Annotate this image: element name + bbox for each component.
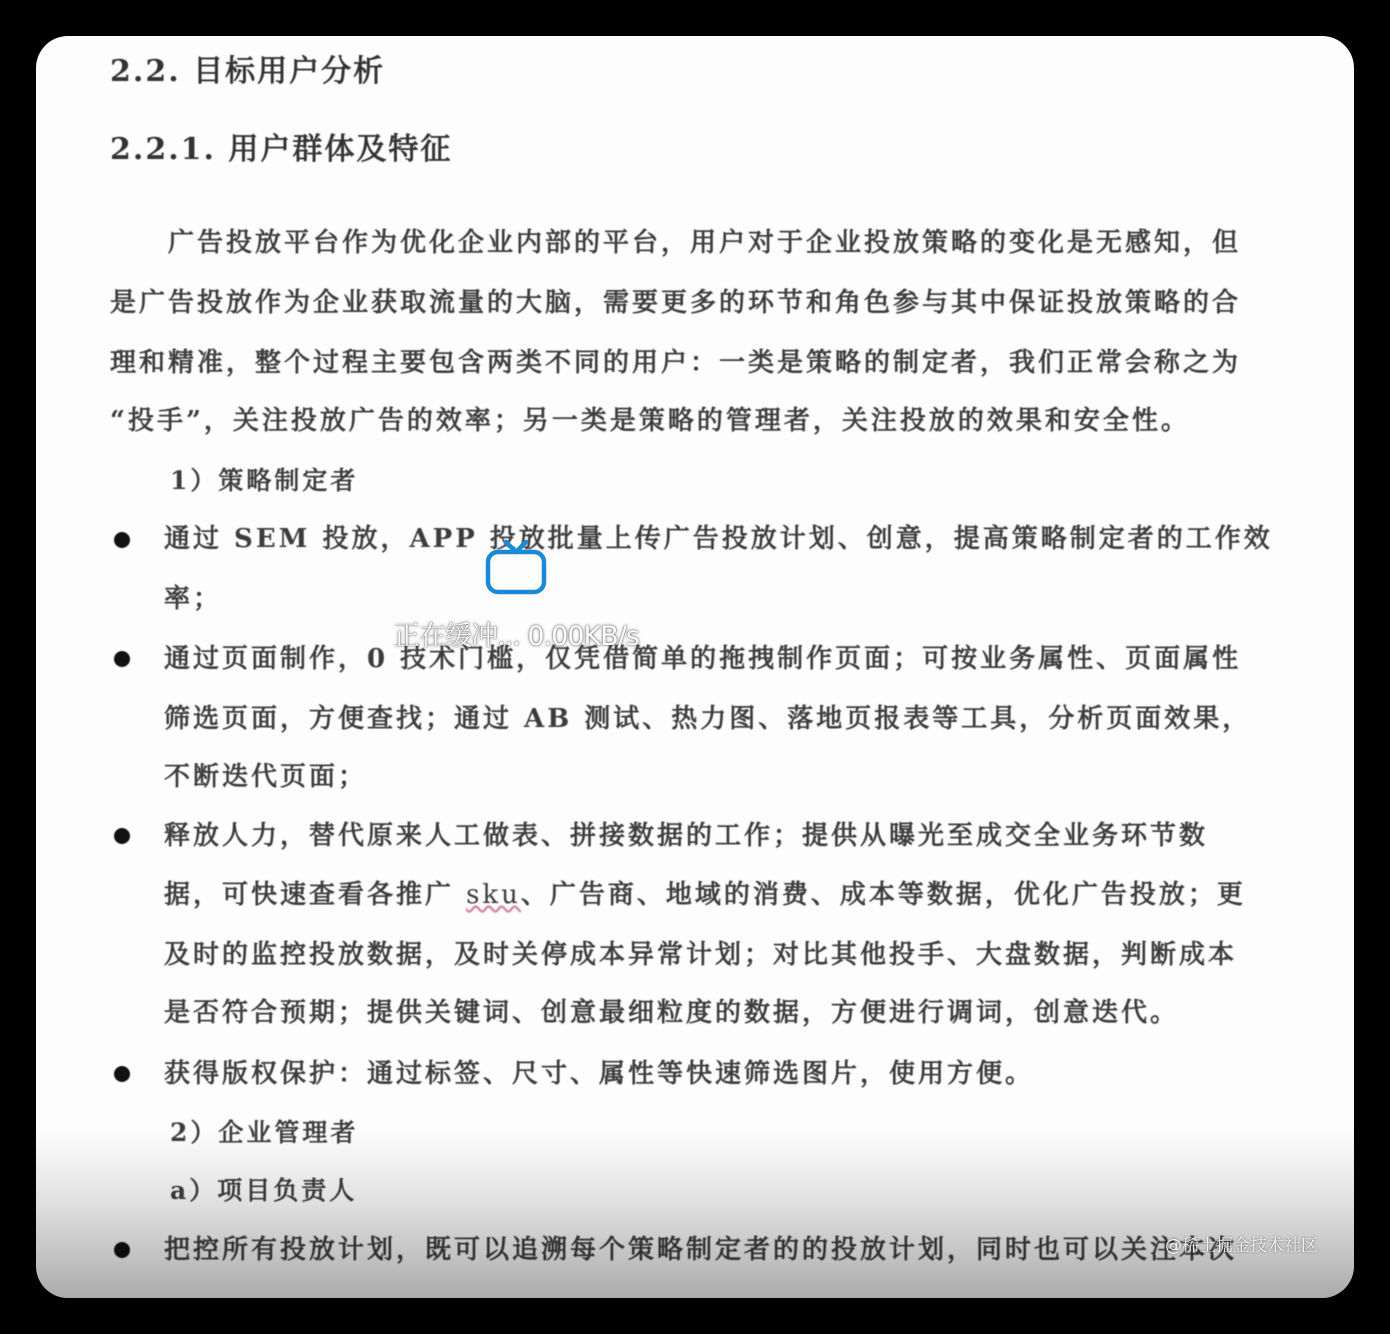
bullet-3-line-3: 及时的监控投放数据，及时关停成本异常计划；对比其他投手、大盘数据，判断成本 bbox=[164, 938, 1237, 972]
bullet-3-line-2: 据，可快速查看各推广 sku、广告商、地域的消费、成本等数据，优化广告投放；更 bbox=[164, 878, 1246, 912]
bullet-3-line-2-a: 据，可快速查看各推广 bbox=[164, 880, 466, 910]
bullet-4-line-1: 获得版权保护：通过标签、尺寸、属性等快速筛选图片，使用方便。 bbox=[164, 1057, 1034, 1091]
intro-line-1: 广告投放平台作为优化企业内部的平台，用户对于企业投放策略的变化是无感知，但 bbox=[110, 226, 1241, 260]
intro-line-4: “投手”，关注投放广告的效率；另一类是策略的管理者，关注投放的效果和安全性。 bbox=[110, 404, 1190, 438]
buffering-status-text: 正在缓冲... 0.00KB/s bbox=[366, 614, 666, 653]
bullet-1-line-2: 率； bbox=[164, 582, 222, 616]
buffering-indicator: 正在缓冲... 0.00KB/s bbox=[366, 536, 666, 653]
sku-term: sku bbox=[466, 880, 521, 910]
section-2-subtitle: a）项目负责人 bbox=[170, 1174, 357, 1208]
document-page: 2.2. 目标用户分析 2.2.1. 用户群体及特征 广告投放平台作为优化企业内… bbox=[36, 36, 1354, 1298]
intro-line-2: 是广告投放作为企业获取流量的大脑，需要更多的环节和角色参与其中保证投放策略的合 bbox=[110, 286, 1241, 320]
bullet-3-line-1: 释放人力，替代原来人工做表、拼接数据的工作；提供从曝光至成交全业务环节数 bbox=[164, 819, 1208, 853]
bullet-icon bbox=[114, 532, 130, 548]
bullet-icon bbox=[114, 1066, 130, 1082]
heading-2-2: 2.2. 目标用户分析 bbox=[110, 46, 385, 90]
bullet-icon bbox=[114, 828, 130, 844]
bullet-5-line-1: 把控所有投放计划，既可以追溯每个策略制定者的的投放计划，同时也可以关注本次 bbox=[164, 1233, 1237, 1267]
section-2-title: 2）企业管理者 bbox=[170, 1116, 358, 1150]
bullet-3-line-4: 是否符合预期；提供关键词、创意最细粒度的数据，方便进行调词，创意迭代。 bbox=[164, 996, 1179, 1030]
section-1-title: 1）策略制定者 bbox=[170, 464, 358, 498]
bullet-2-line-1: 通过页面制作，0 技术门槛，仅凭借简单的拖拽制作页面；可按业务属性、页面属性 bbox=[164, 642, 1241, 676]
video-player-frame[interactable]: 2.2. 目标用户分析 2.2.1. 用户群体及特征 广告投放平台作为优化企业内… bbox=[36, 36, 1354, 1298]
heading-2-2-1: 2.2.1. 用户群体及特征 bbox=[110, 124, 452, 168]
bullet-1-line-1: 通过 SEM 投放，APP 投放批量上传广告投放计划、创意，提高策略制定者的工作… bbox=[164, 522, 1273, 556]
bullet-2-line-2: 筛选页面，方便查找；通过 AB 测试、热力图、落地页报表等工具，分析页面效果， bbox=[164, 702, 1251, 736]
bullet-icon bbox=[114, 1242, 130, 1258]
watermark: @稀土掘金技术社区 bbox=[1165, 1231, 1318, 1256]
intro-line-3: 理和精准，整个过程主要包含两类不同的用户：一类是策略的制定者，我们正常会称之为 bbox=[110, 346, 1241, 380]
tv-icon bbox=[484, 536, 548, 600]
bullet-icon bbox=[114, 651, 130, 667]
bullet-2-line-3: 不断迭代页面； bbox=[164, 760, 367, 794]
bullet-3-line-2-b: 、广告商、地域的消费、成本等数据，优化广告投放；更 bbox=[521, 880, 1246, 910]
